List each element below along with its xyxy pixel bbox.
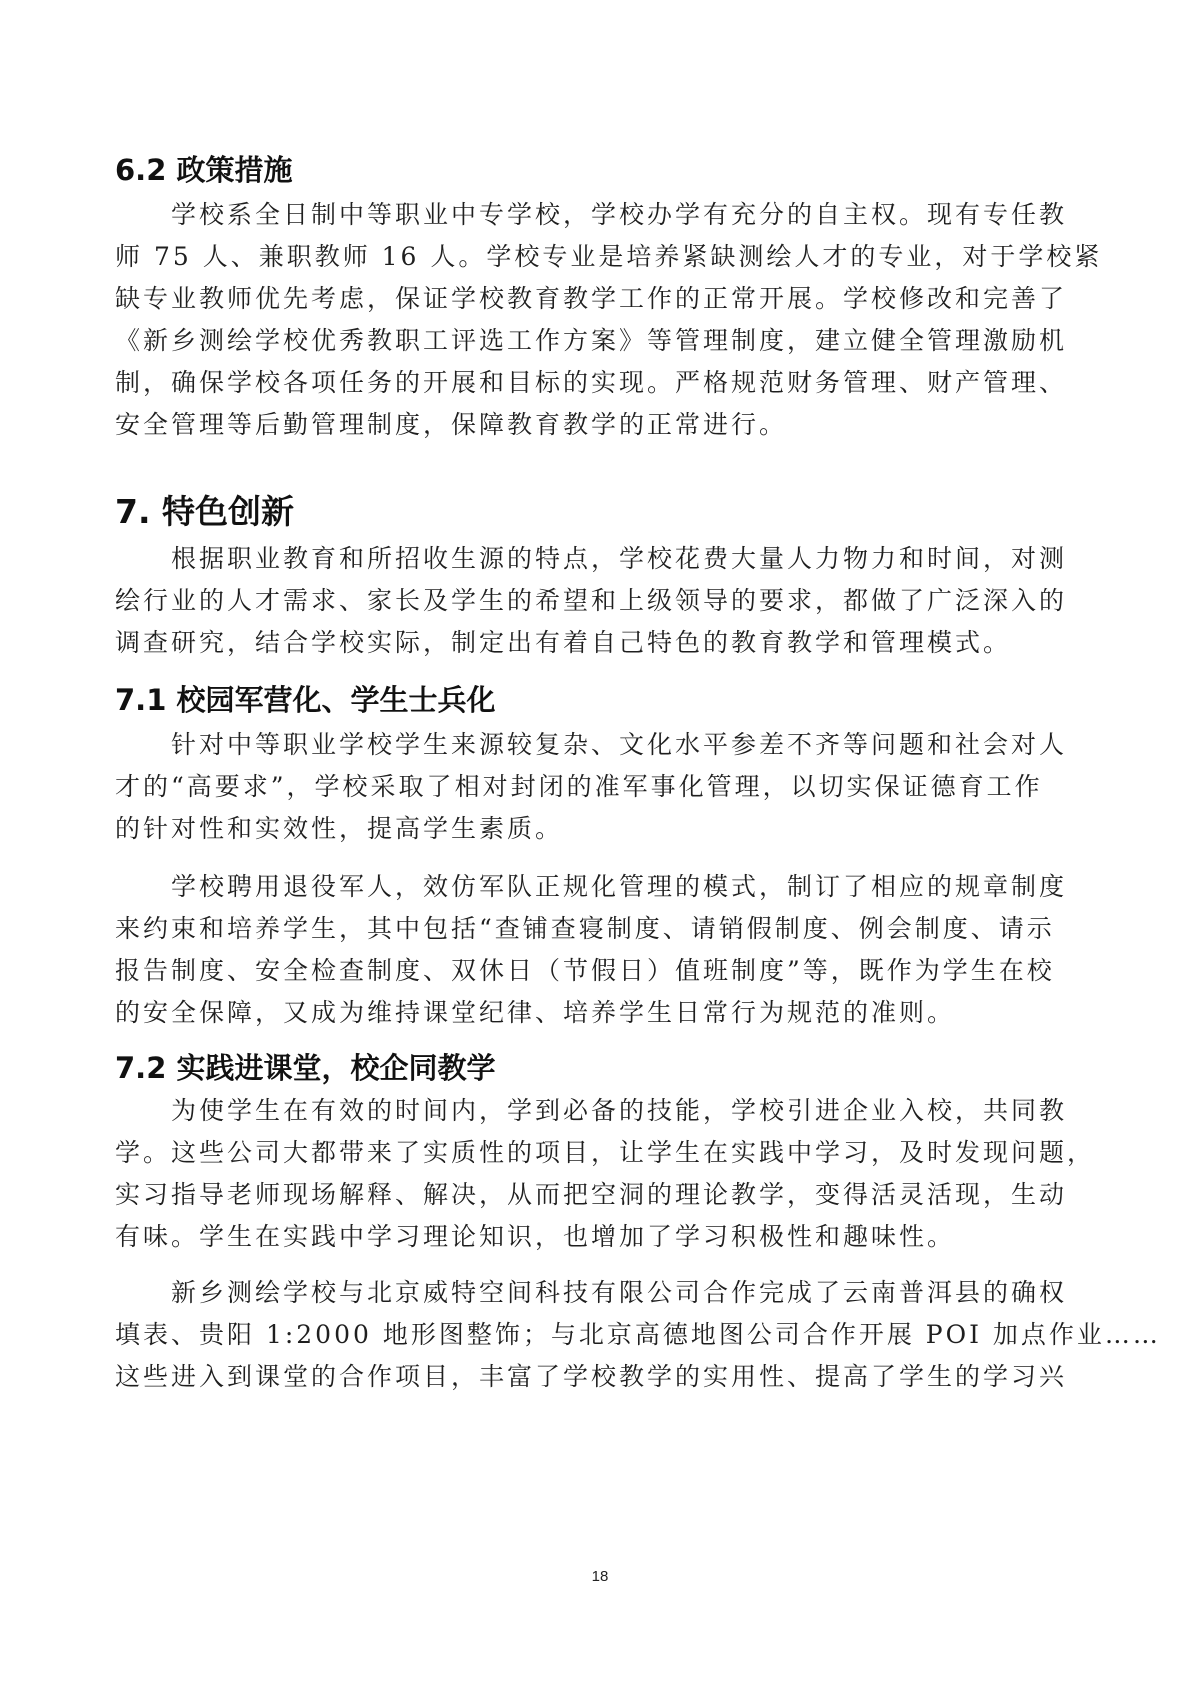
text-line: 《新乡测绘学校优秀教职工评选工作方案》等管理制度，建立健全管理激励机 [115, 320, 1102, 362]
text-line: 制，确保学校各项任务的开展和目标的实现。严格规范财务管理、财产管理、 [115, 362, 1102, 404]
text-line: 报告制度、安全检查制度、双休日（节假日）值班制度”等，既作为学生在校 [115, 950, 1067, 992]
text-line: 绘行业的人才需求、家长及学生的希望和上级领导的要求，都做了广泛深入的 [115, 580, 1067, 622]
section-heading-6-2: 6.2 政策措施 [115, 150, 292, 190]
page-number: 18 [0, 1568, 1200, 1585]
text-line: 的安全保障，又成为维持课堂纪律、培养学生日常行为规范的准则。 [115, 992, 1067, 1034]
text-line: 学。这些公司大都带来了实质性的项目，让学生在实践中学习，及时发现问题， [115, 1132, 1095, 1174]
text-line: 根据职业教育和所招收生源的特点，学校花费大量人力物力和时间，对测 [115, 538, 1067, 580]
text-line: 填表、贵阳 1:2000 地形图整饰；与北京高德地图公司合作开展 POI 加点作… [115, 1314, 1161, 1356]
text-line: 安全管理等后勤管理制度，保障教育教学的正常进行。 [115, 404, 1102, 446]
text-line: 师 75 人、兼职教师 16 人。学校专业是培养紧缺测绘人才的专业，对于学校紧 [115, 236, 1102, 278]
text-line: 针对中等职业学校学生来源较复杂、文化水平参差不齐等问题和社会对人 [115, 724, 1067, 766]
text-line: 缺专业教师优先考虑，保证学校教育教学工作的正常开展。学校修改和完善了 [115, 278, 1102, 320]
text-line: 来约束和培养学生，其中包括“查铺查寝制度、请销假制度、例会制度、请示 [115, 908, 1067, 950]
section-heading-7-1: 7.1 校园军营化、学生士兵化 [115, 680, 495, 720]
text-line: 有味。学生在实践中学习理论知识，也增加了学习积极性和趣味性。 [115, 1216, 1095, 1258]
section-heading-7-2: 7.2 实践进课堂，校企同教学 [115, 1048, 495, 1088]
text-line: 为使学生在有效的时间内，学到必备的技能，学校引进企业入校，共同教 [115, 1090, 1095, 1132]
text-line: 才的“高要求”，学校采取了相对封闭的准军事化管理，以切实保证德育工作 [115, 766, 1067, 808]
text-line: 学校聘用退役军人，效仿军队正规化管理的模式，制订了相应的规章制度 [115, 866, 1067, 908]
text-line: 实习指导老师现场解释、解决，从而把空洞的理论教学，变得活灵活现，生动 [115, 1174, 1095, 1216]
text-line: 学校系全日制中等职业中专学校，学校办学有充分的自主权。现有专任教 [115, 194, 1102, 236]
document-page: 6.2 政策措施 学校系全日制中等职业中专学校，学校办学有充分的自主权。现有专任… [0, 0, 1200, 1696]
paragraph-veteran-staff: 学校聘用退役军人，效仿军队正规化管理的模式，制订了相应的规章制度 来约束和培养学… [115, 866, 1067, 1034]
paragraph-policy-measures: 学校系全日制中等职业中专学校，学校办学有充分的自主权。现有专任教 师 75 人、… [115, 194, 1102, 446]
section-heading-7: 7. 特色创新 [115, 490, 294, 534]
text-line: 调查研究，结合学校实际，制定出有着自己特色的教育教学和管理模式。 [115, 622, 1067, 664]
text-line: 这些进入到课堂的合作项目，丰富了学校教学的实用性、提高了学生的学习兴 [115, 1356, 1161, 1398]
paragraph-military-management: 针对中等职业学校学生来源较复杂、文化水平参差不齐等问题和社会对人 才的“高要求”… [115, 724, 1067, 850]
text-line: 的针对性和实效性，提高学生素质。 [115, 808, 1067, 850]
paragraph-enterprise-teaching: 为使学生在有效的时间内，学到必备的技能，学校引进企业入校，共同教 学。这些公司大… [115, 1090, 1095, 1258]
paragraph-innovation-intro: 根据职业教育和所招收生源的特点，学校花费大量人力物力和时间，对测 绘行业的人才需… [115, 538, 1067, 664]
paragraph-cooperation-projects: 新乡测绘学校与北京威特空间科技有限公司合作完成了云南普洱县的确权 填表、贵阳 1… [115, 1272, 1161, 1398]
text-line: 新乡测绘学校与北京威特空间科技有限公司合作完成了云南普洱县的确权 [115, 1272, 1161, 1314]
